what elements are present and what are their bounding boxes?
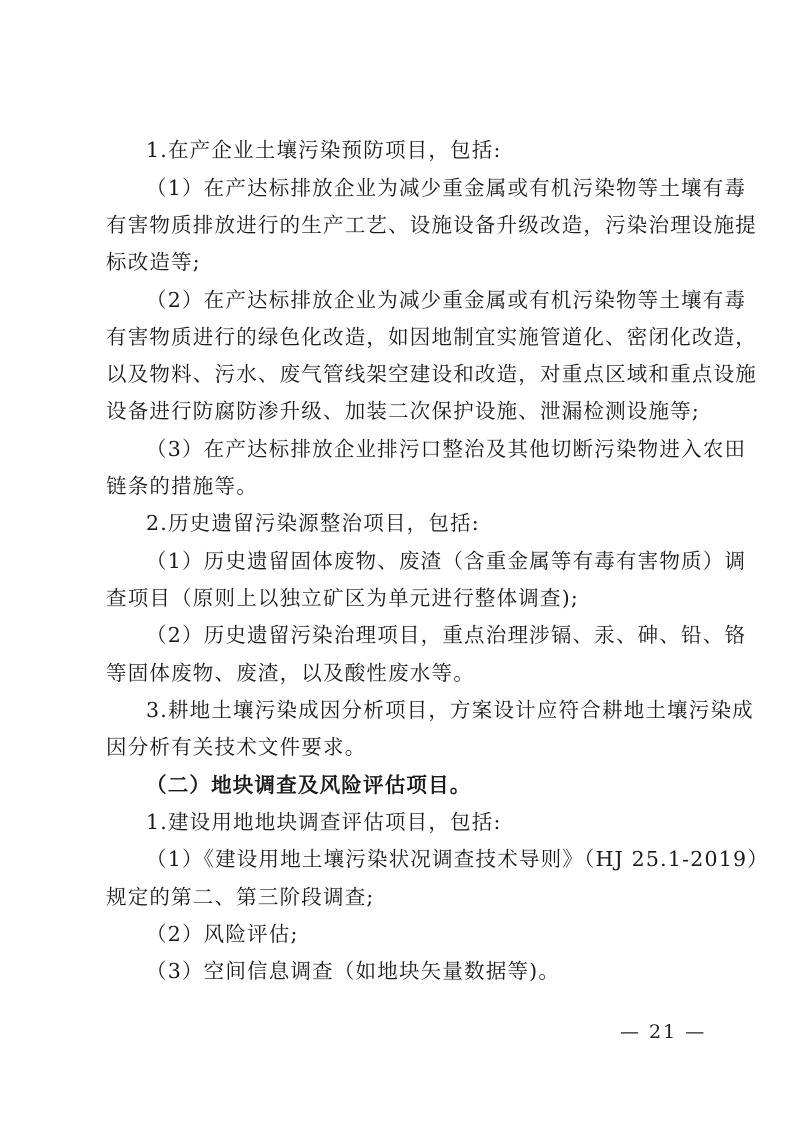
heading-item-1b: 1.建设用地地块调查评估项目，包括: <box>146 809 702 835</box>
paragraph-line: （2）历史遗留污染治理项目，重点治理涉镉、汞、砷、铅、铬 <box>146 622 702 648</box>
paragraph-line: （2）在产达标排放企业为减少重金属或有机污染物等土壤有毒 <box>146 287 702 313</box>
paragraph-line: 查项目（原则上以独立矿区为单元进行整体调查); <box>106 585 702 611</box>
paragraph-line: （1）《建设用地土壤污染状况调查技术导则》（HJ 25.1-2019） <box>146 846 702 872</box>
paragraph-line: 等固体废物、废渣，以及酸性废水等。 <box>106 660 702 686</box>
paragraph-line: 链条的措施等。 <box>106 473 702 499</box>
paragraph-line: 有害物质进行的绿色化改造，如因地制宜实施管道化、密闭化改造， <box>106 324 702 350</box>
heading-item-1: 1.在产企业土壤污染预防项目，包括: <box>146 137 702 163</box>
paragraph-line: 因分析有关技术文件要求。 <box>106 734 702 760</box>
paragraph-line: 以及物料、污水、废气管线架空建设和改造，对重点区域和重点设施 <box>106 361 702 387</box>
paragraph-line: 有害物质排放进行的生产工艺、设施设备升级改造，污染治理设施提 <box>106 212 702 238</box>
heading-item-2: 2.历史遗留污染源整治项目，包括: <box>146 510 702 536</box>
section-heading: （二）地块调查及风险评估项目。 <box>146 772 702 798</box>
heading-item-3: 3.耕地土壤污染成因分析项目，方案设计应符合耕地土壤污染成 <box>146 697 702 723</box>
paragraph-line: 规定的第二、第三阶段调查; <box>106 884 702 910</box>
page-number: — 21 — <box>620 1020 706 1044</box>
paragraph-line: 标改造等; <box>106 249 702 275</box>
paragraph-line: （3）在产达标排放企业排污口整治及其他切断污染物进入农田 <box>146 436 702 462</box>
paragraph-line: （2）风险评估; <box>146 921 702 947</box>
paragraph-line: （1）历史遗留固体废物、废渣（含重金属等有毒有害物质）调 <box>146 548 702 574</box>
paragraph-line: （1）在产达标排放企业为减少重金属或有机污染物等土壤有毒 <box>146 175 702 201</box>
paragraph-line: （3）空间信息调查（如地块矢量数据等)。 <box>146 958 702 984</box>
paragraph-line: 设备进行防腐防渗升级、加装二次保护设施、泄漏检测设施等; <box>106 398 702 424</box>
document-page: 1.在产企业土壤污染预防项目，包括: （1）在产达标排放企业为减少重金属或有机污… <box>0 0 800 1132</box>
